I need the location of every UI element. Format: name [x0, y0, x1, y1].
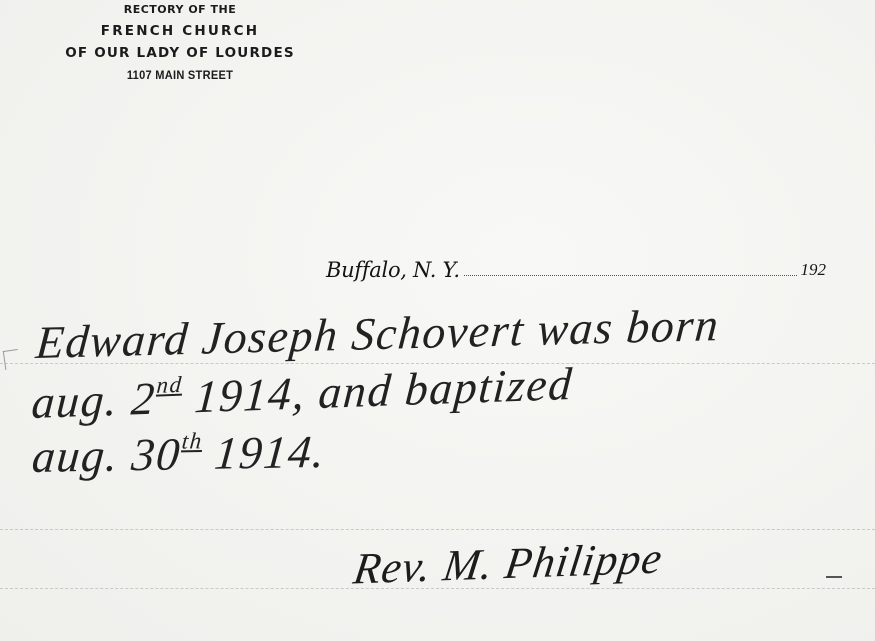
printed-dateline: Buffalo, N. Y. 192: [326, 252, 826, 282]
handwritten-line-3: aug. 30th 1914.: [30, 425, 328, 483]
dateline-year-prefix: 192: [801, 260, 827, 280]
letterhead-rectory-line: RECTORY OF THE: [20, 2, 340, 18]
handwritten-text: Edward Joseph Schovert was born: [34, 299, 721, 368]
ordinal-suffix: nd: [156, 372, 184, 398]
handwritten-text: aug. 2: [30, 373, 158, 428]
scanned-letter-page: RECTORY OF THE FRENCH CHURCH OF OUR LADY…: [0, 0, 875, 641]
handwritten-text: 1914, and baptized: [180, 358, 575, 423]
letterhead-church-name: FRENCH CHURCH: [20, 20, 340, 42]
ruled-line: [0, 529, 875, 530]
margin-mark: [3, 349, 20, 370]
handwritten-line-2: aug. 2nd 1914, and baptized: [30, 357, 575, 429]
handwritten-text: 1914.: [199, 426, 327, 479]
church-letterhead: RECTORY OF THE FRENCH CHURCH OF OUR LADY…: [20, 2, 340, 86]
dateline-place: Buffalo, N. Y.: [326, 258, 460, 282]
handwritten-text: aug. 30: [30, 428, 183, 482]
signature-dash: [826, 576, 842, 578]
handwritten-line-1: Edward Joseph Schovert was born: [34, 298, 722, 369]
priest-signature: Rev. M. Philippe: [350, 532, 665, 594]
ordinal-suffix: th: [181, 428, 204, 453]
letterhead-address: 1107 MAIN STREET: [33, 64, 327, 86]
dateline-dotted-blank: [464, 274, 797, 276]
letterhead-parish-name: OF OUR LADY OF LOURDES: [20, 42, 340, 64]
